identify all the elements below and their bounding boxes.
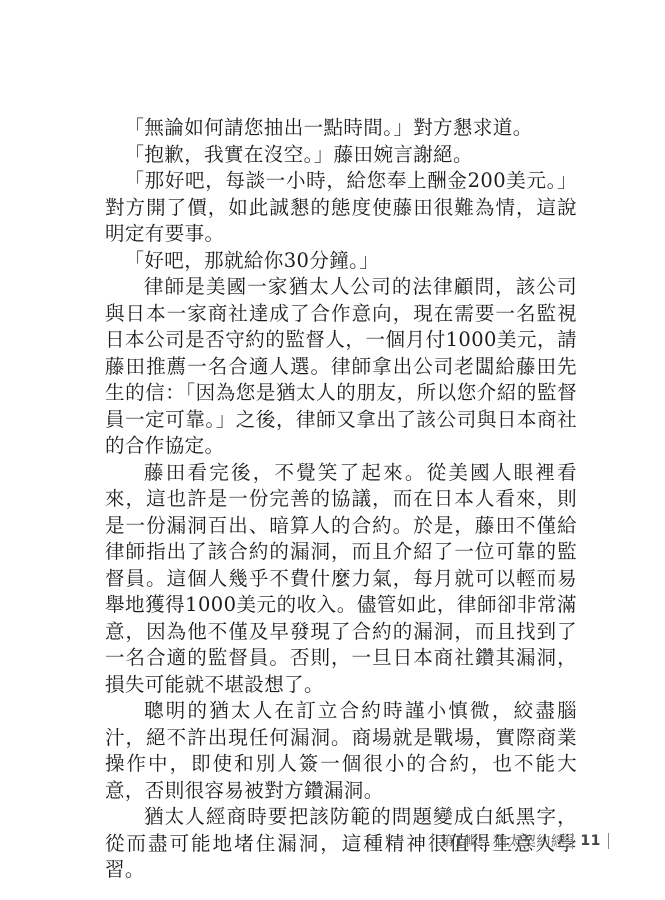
paragraph-2: 「抱歉，我實在沒空。」藤田婉言謝絕。 <box>105 142 577 169</box>
page-number: 11 <box>580 833 600 849</box>
footer-divider <box>572 833 573 849</box>
paragraph-1: 「無論如何請您抽出一點時間。」對方懇求道。 <box>105 115 577 142</box>
book-page: 「無論如何請您抽出一點時間。」對方懇求道。 「抱歉，我實在沒空。」藤田婉言謝絕。… <box>0 0 665 900</box>
paragraph-4: 「好吧，那就給你30分鐘。」 <box>105 248 577 275</box>
footer-divider <box>432 833 433 849</box>
chapter-title: 第1輯：猶太契約經 <box>440 831 565 851</box>
running-footer: 第1輯：猶太契約經 11 <box>425 830 616 852</box>
paragraph-6: 藤田看完後，不覺笑了起來。從美國人眼裡看來，這也許是一份完善的協議，而在日本人看… <box>105 460 577 699</box>
footer-divider <box>608 833 609 849</box>
paragraph-7: 聰明的猶太人在訂立合約時謹小慎微，絞盡腦汁，絕不許出現任何漏洞。商場就是戰場，實… <box>105 698 577 804</box>
body-text: 「無論如何請您抽出一點時間。」對方懇求道。 「抱歉，我實在沒空。」藤田婉言謝絕。… <box>105 115 577 884</box>
paragraph-3: 「那好吧，每談一小時，給您奉上酬金200美元。」對方開了價，如此誠懇的態度使藤田… <box>105 168 577 248</box>
paragraph-5: 律師是美國一家猶太人公司的法律顧問，該公司與日本一家商社達成了合作意向，現在需要… <box>105 274 577 460</box>
